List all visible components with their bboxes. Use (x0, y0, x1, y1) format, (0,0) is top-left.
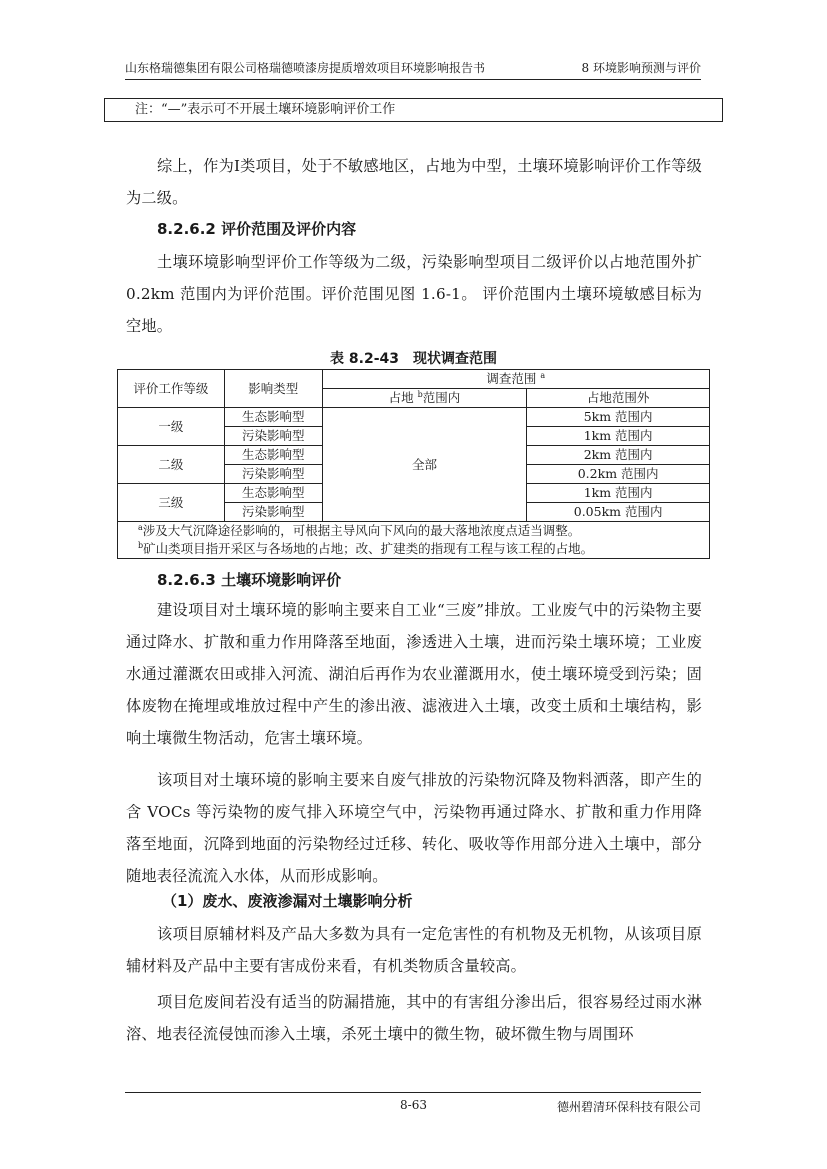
cell-outside: 0.05km 范围内 (527, 503, 710, 522)
header-cell-outside: 占地范围外 (527, 389, 710, 408)
survey-scope-table: 评价工作等级 影响类型 调查范围 a 占地 b范围内 占地范围外 一级 生态影响… (117, 369, 710, 559)
footer-company: 德州碧清环保科技有限公司 (557, 1098, 701, 1115)
footnote-a: a涉及大气沉降途径影响的，可根据主导风向下风向的最大落地浓度点适当调整。 (138, 522, 709, 540)
cell-outside: 5km 范围内 (527, 408, 710, 427)
cell-inside-all: 全部 (322, 408, 527, 522)
cell-type: 生态影响型 (224, 446, 322, 465)
page-footer: 8-63 德州碧清环保科技有限公司 (125, 1092, 701, 1098)
page-number: 8-63 (400, 1098, 427, 1112)
paragraph-hazard-storage: 项目危废间若没有适当的防漏措施，其中的有害组分渗出后，很容易经过雨水淋溶、地表径… (126, 986, 702, 1050)
header-cell-type: 影响类型 (224, 370, 322, 408)
cell-type: 生态影响型 (224, 484, 322, 503)
footnote-b: b矿山类项目指开采区与各场地的占地；改、扩建类的指现有工程与该工程的占地。 (138, 540, 709, 558)
cell-type: 污染影响型 (224, 503, 322, 522)
cell-level: 二级 (118, 446, 225, 484)
table-footnotes: a涉及大气沉降途径影响的，可根据主导风向下风向的最大落地浓度点适当调整。 b矿山… (118, 522, 710, 559)
cell-outside: 2km 范围内 (527, 446, 710, 465)
header-report-title: 山东格瑞德集团有限公司格瑞德喷漆房提质增效项目环境影响报告书 (125, 59, 485, 76)
header-cell-scope: 调查范围 a (322, 370, 709, 389)
page-header: 山东格瑞德集团有限公司格瑞德喷漆房提质增效项目环境影响报告书 8 环境影响预测与… (125, 56, 701, 80)
cell-type: 污染影响型 (224, 465, 322, 484)
header-cell-inside: 占地 b范围内 (322, 389, 527, 408)
cell-level: 一级 (118, 408, 225, 446)
header-cell-level: 评价工作等级 (118, 370, 225, 408)
header-chapter-title: 8 环境影响预测与评价 (582, 59, 701, 76)
heading-evaluation-scope: 8.2.6.2 评价范围及评价内容 (157, 218, 356, 239)
table-note-box: 注：“—”表示可不开展土壤环境影响评价工作 (104, 98, 723, 122)
cell-level: 三级 (118, 484, 225, 522)
heading-wastewater-leak: （1）废水、废液渗漏对土壤影响分析 (162, 890, 412, 911)
cell-type: 污染影响型 (224, 427, 322, 446)
paragraph-scope: 土壤环境影响型评价工作等级为二级，污染影响型项目二级评价以占地范围外扩 0.2k… (126, 246, 702, 342)
paragraph-materials: 该项目原辅材料及产品大多数为具有一定危害性的有机物及无机物，从该项目原辅材料及产… (126, 918, 702, 982)
heading-soil-impact: 8.2.6.3 土壤环境影响评价 (157, 569, 341, 590)
paragraph-impact-general: 建设项目对土壤环境的影响主要来自工业“三废”排放。工业废气中的污染物主要通过降水… (126, 594, 702, 754)
paragraph-summary: 综上，作为Ⅰ类项目，处于不敏感地区，占地为中型，土壤环境影响评价工作等级为二级。 (126, 150, 702, 214)
paragraph-impact-project: 该项目对土壤环境的影响主要来自废气排放的污染物沉降及物料洒落，即产生的含 VOC… (126, 764, 702, 892)
cell-outside: 1km 范围内 (527, 427, 710, 446)
cell-outside: 0.2km 范围内 (527, 465, 710, 484)
cell-type: 生态影响型 (224, 408, 322, 427)
table-title: 表 8.2-43 现状调查范围 (0, 348, 827, 368)
cell-outside: 1km 范围内 (527, 484, 710, 503)
